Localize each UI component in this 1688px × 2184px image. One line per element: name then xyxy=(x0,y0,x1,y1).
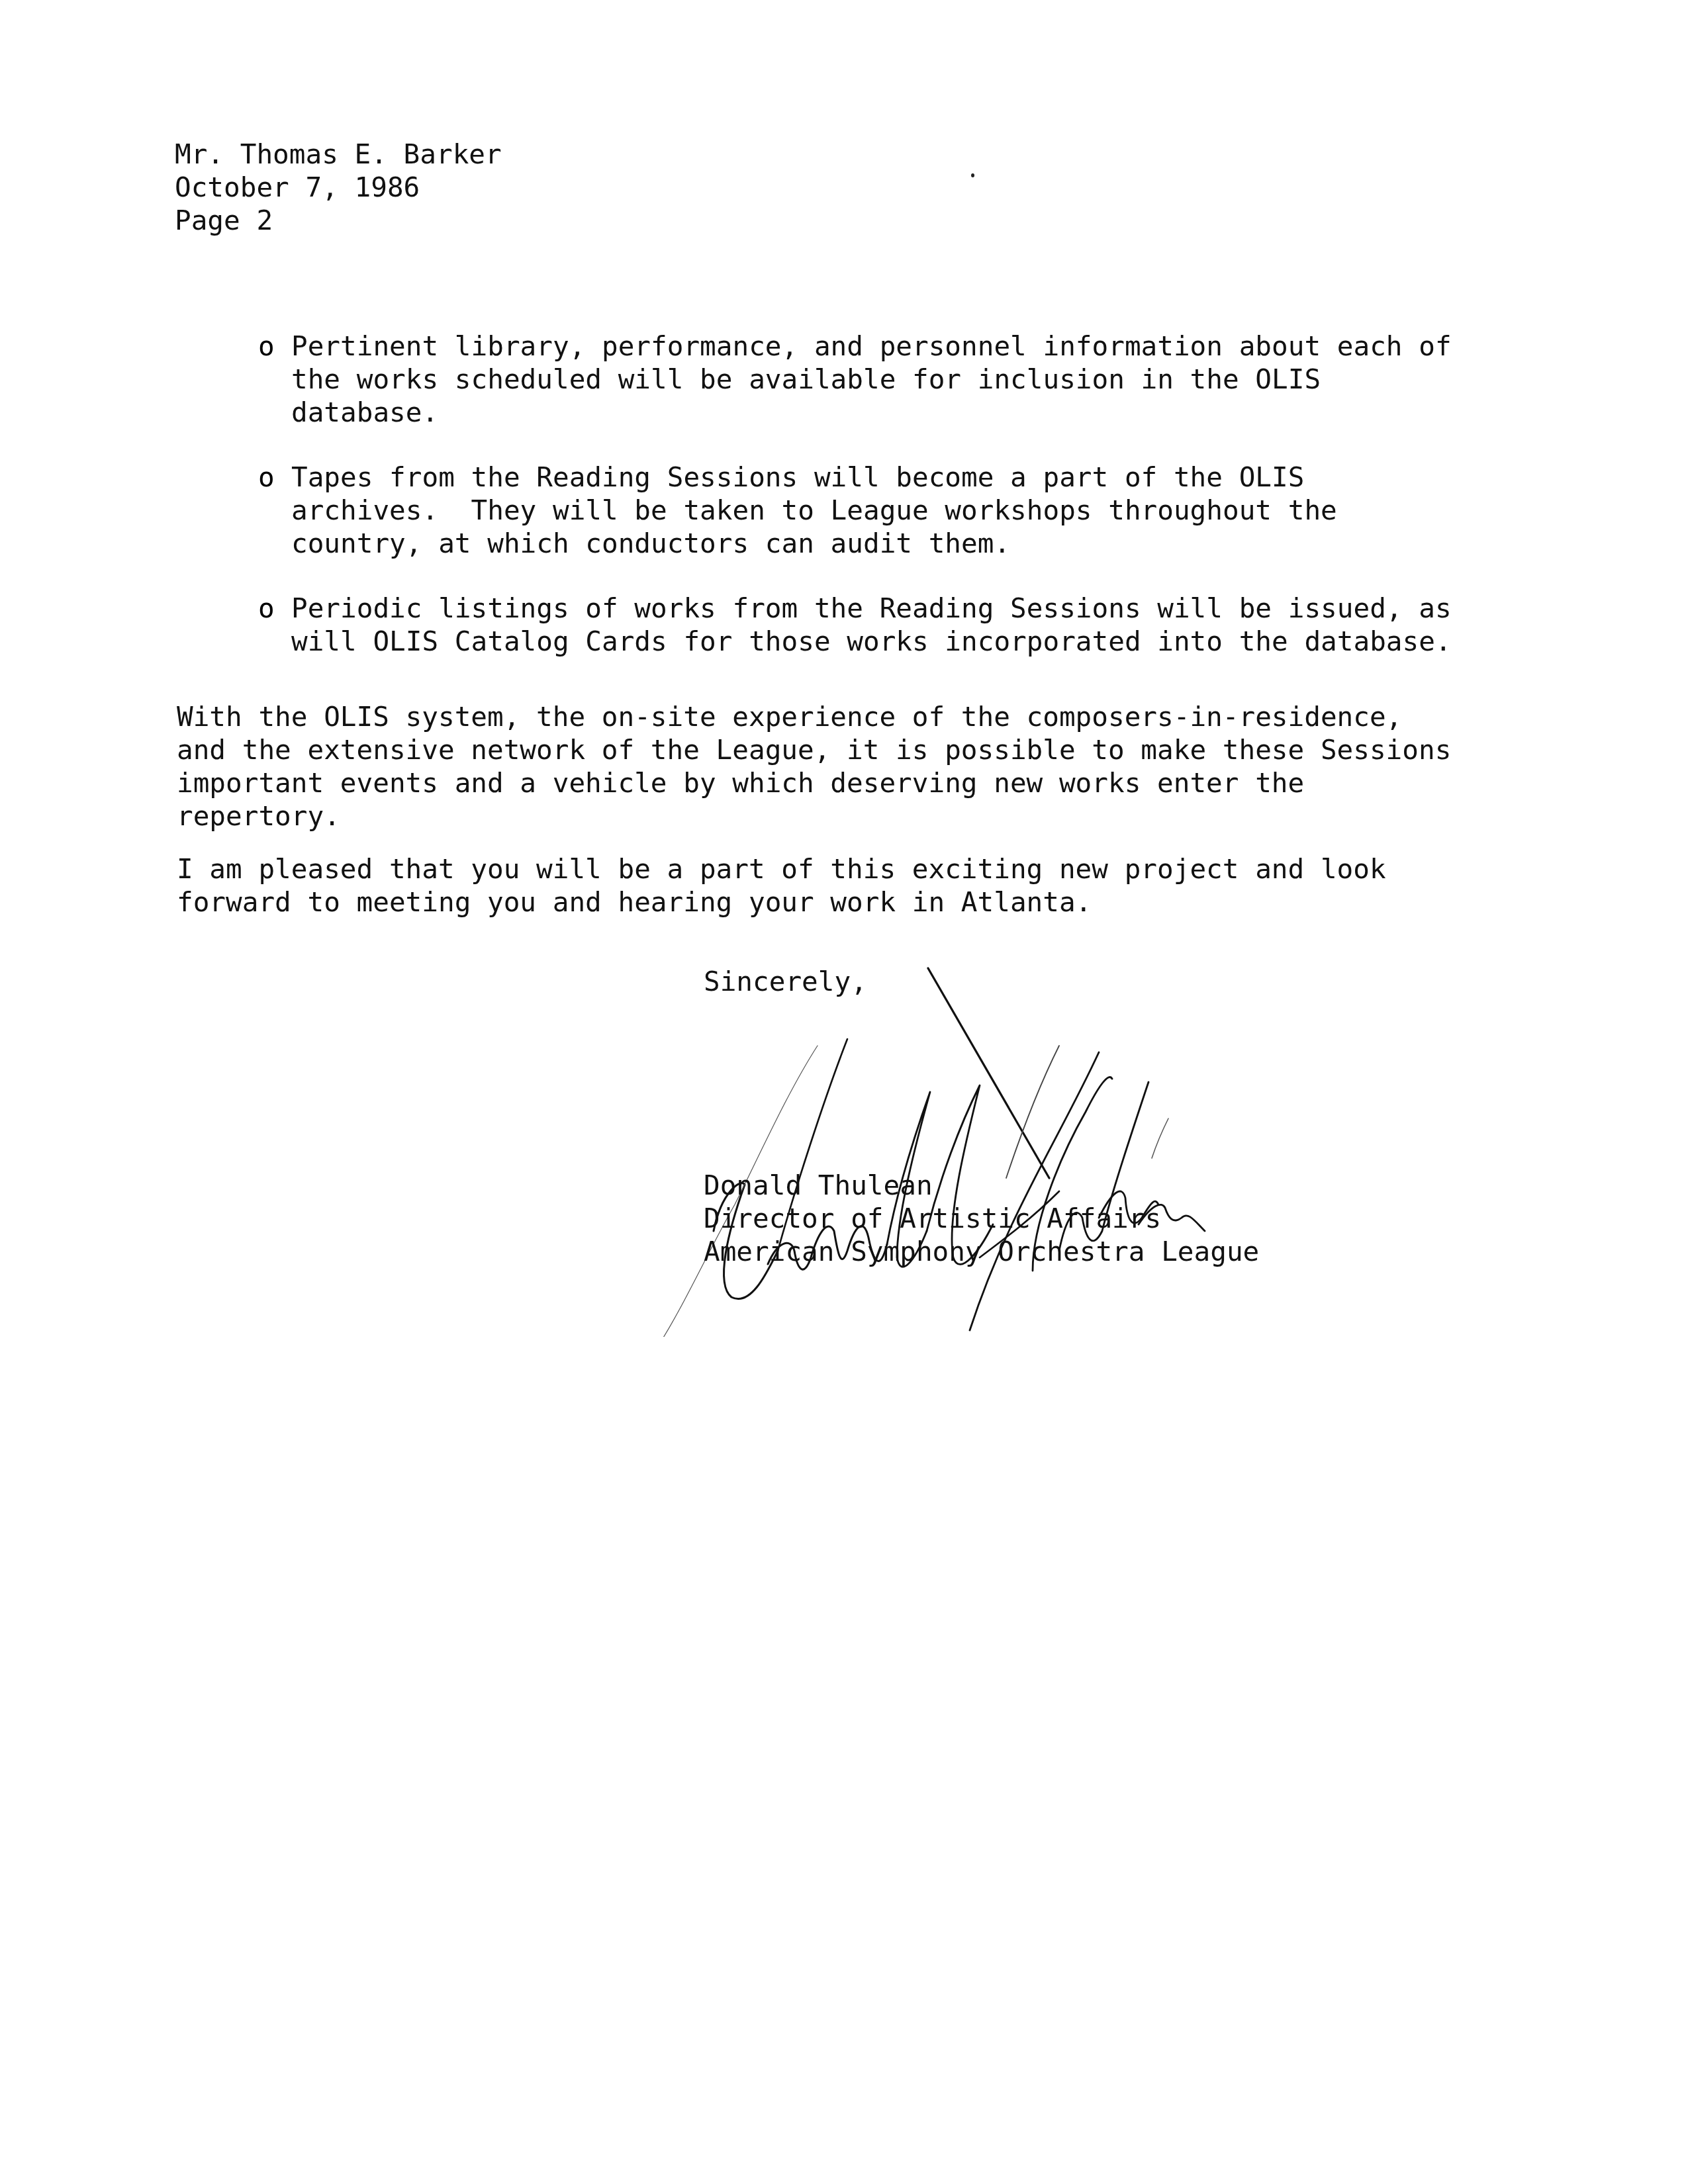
body-paragraph: I am pleased that you will be a part of … xyxy=(177,852,1386,919)
bullet-text-line: Periodic listings of works from the Read… xyxy=(291,592,1452,625)
paragraph-line: important events and a vehicle by which … xyxy=(177,766,1451,799)
handwritten-signature-icon xyxy=(635,940,1218,1337)
signer-block: Donald Thulean Director of Artistic Affa… xyxy=(704,1169,1259,1268)
paragraph-line: forward to meeting you and hearing your … xyxy=(177,886,1386,919)
page-number: Page 2 xyxy=(175,204,502,237)
body-paragraph: With the OLIS system, the on-site experi… xyxy=(177,700,1451,833)
bullet-text-line: Tapes from the Reading Sessions will bec… xyxy=(291,461,1452,494)
recipient-name: Mr. Thomas E. Barker xyxy=(175,138,502,171)
paragraph-line: repertory. xyxy=(177,799,1451,833)
bullet-text-line: Pertinent library, performance, and pers… xyxy=(291,330,1452,363)
letter-page: Mr. Thomas E. Barker October 7, 1986 Pag… xyxy=(0,0,1688,2184)
signer-name: Donald Thulean xyxy=(704,1169,1259,1202)
bullet-text-line: country, at which conductors can audit t… xyxy=(291,527,1452,560)
signer-title: Director of Artistic Affairs xyxy=(704,1202,1259,1235)
bullet-item: o Pertinent library, performance, and pe… xyxy=(258,330,1452,429)
bullet-text-line: the works scheduled will be available fo… xyxy=(291,363,1452,396)
bullet-item: o Periodic listings of works from the Re… xyxy=(258,592,1452,658)
bullet-text-line: database. xyxy=(291,396,1452,429)
paragraph-line: I am pleased that you will be a part of … xyxy=(177,852,1386,886)
signer-organization: American Symphony Orchestra League xyxy=(704,1235,1259,1268)
bullet-text-line: will OLIS Catalog Cards for those works … xyxy=(291,625,1452,658)
bullet-marker: o xyxy=(258,592,275,625)
bullet-list: o Pertinent library, performance, and pe… xyxy=(258,330,1452,690)
paragraph-line: With the OLIS system, the on-site experi… xyxy=(177,700,1451,733)
bullet-text-line: archives. They will be taken to League w… xyxy=(291,494,1452,527)
bullet-marker: o xyxy=(258,330,275,363)
stray-mark xyxy=(971,173,974,177)
bullet-item: o Tapes from the Reading Sessions will b… xyxy=(258,461,1452,560)
letter-date: October 7, 1986 xyxy=(175,171,502,204)
bullet-marker: o xyxy=(258,461,275,494)
letter-header: Mr. Thomas E. Barker October 7, 1986 Pag… xyxy=(175,138,502,237)
paragraph-line: and the extensive network of the League,… xyxy=(177,733,1451,766)
